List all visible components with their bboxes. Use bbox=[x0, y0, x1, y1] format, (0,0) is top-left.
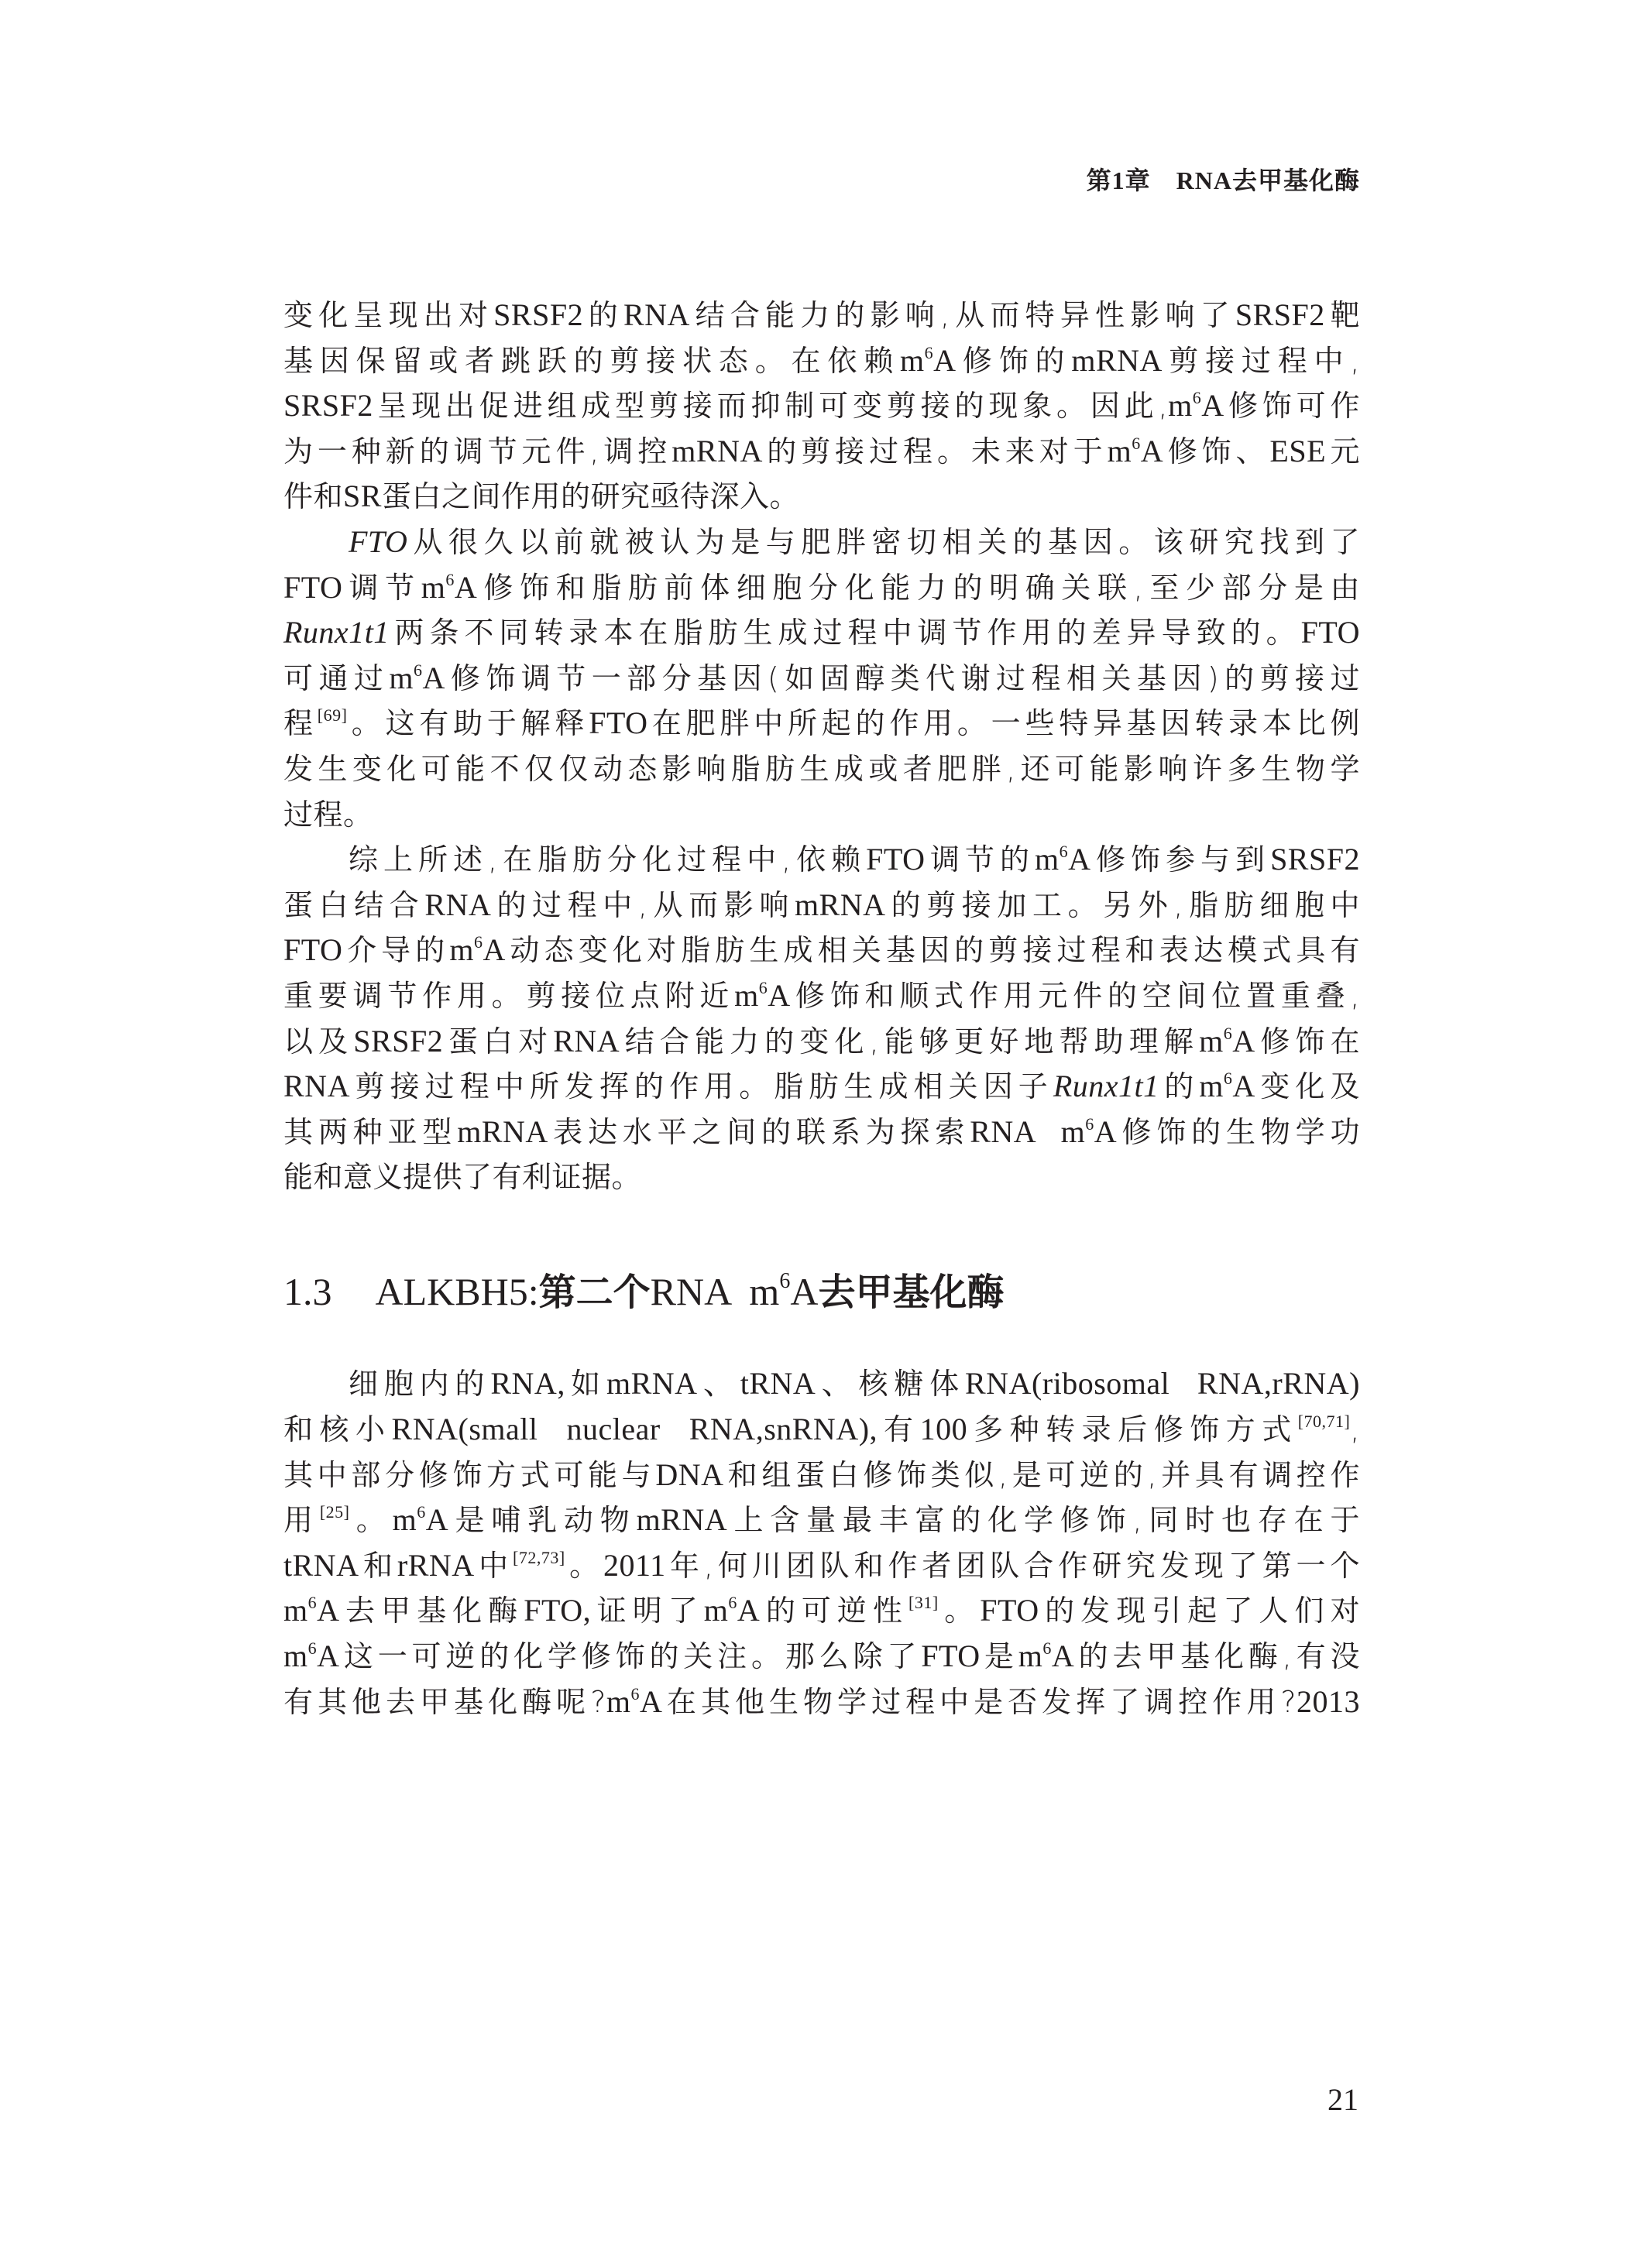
text-line: 和核小RNA(small nuclear RNA,snRNA),有100多种转录… bbox=[283, 1407, 1360, 1453]
text-line: 为一种新的调节元件,调控mRNA的剪接过程。未来对于m6A修饰、ESE元 bbox=[283, 429, 1360, 475]
page-number: 21 bbox=[1327, 2081, 1358, 2118]
text-line: FTO从很久以前就被认为是与肥胖密切相关的基因。该研究找到了 bbox=[283, 520, 1360, 565]
text-line: 蛋白结合RNA的过程中,从而影响mRNA的剪接加工。另外,脂肪细胞中 bbox=[283, 883, 1360, 928]
gene-name: FTO bbox=[349, 524, 407, 559]
text-line: 重要调节作用。剪接位点附近m6A修饰和顺式作用元件的空间位置重叠, bbox=[283, 973, 1360, 1019]
body-text: 变化呈现出对SRSF2的RNA结合能力的影响,从而特异性影响了SRSF2靶 基因… bbox=[283, 293, 1360, 1724]
paragraph-2: FTO从很久以前就被认为是与肥胖密切相关的基因。该研究找到了 FTO调节m6A修… bbox=[283, 520, 1360, 837]
text-line: m6A这一可逆的化学修饰的关注。那么除了FTO是m6A的去甲基化酶,有没 bbox=[283, 1634, 1360, 1680]
citation: [31] bbox=[908, 1593, 939, 1612]
text-line: 以及SRSF2蛋白对RNA结合能力的变化,能够更好地帮助理解m6A修饰在 bbox=[283, 1019, 1360, 1065]
text-line: 可通过m6A修饰调节一部分基因(如固醇类代谢过程相关基因)的剪接过 bbox=[283, 656, 1360, 702]
citation: [72,73] bbox=[513, 1548, 565, 1567]
gene-name: Runx1t1 bbox=[1053, 1069, 1159, 1103]
text-line: 过程。 bbox=[283, 792, 1360, 838]
text-line: Runx1t1两条不同转录本在脂肪生成过程中调节作用的差异导致的。FTO bbox=[283, 610, 1360, 656]
text-line: SRSF2呈现出促进组成型剪接而抑制可变剪接的现象。因此,m6A修饰可作 bbox=[283, 383, 1360, 429]
text-line: 程[69]。这有助于解释FTO在肥胖中所起的作用。一些特异基因转录本比例 bbox=[283, 701, 1360, 746]
text-line: 用[25]。m6A是哺乳动物mRNA上含量最丰富的化学修饰,同时也存在于 bbox=[283, 1498, 1360, 1543]
text-line: tRNA和rRNA中[72,73]。2011年,何川团队和作者团队合作研究发现了… bbox=[283, 1543, 1360, 1589]
paragraph-3: 综上所述,在脂肪分化过程中,依赖FTO调节的m6A修饰参与到SRSF2 蛋白结合… bbox=[283, 837, 1360, 1200]
paragraph-4: 细胞内的RNA,如mRNA、tRNA、核糖体RNA(ribosomal RNA,… bbox=[283, 1361, 1360, 1724]
text-line: 其中部分修饰方式可能与DNA和组蛋白修饰类似,是可逆的,并具有调控作 bbox=[283, 1453, 1360, 1498]
text-line: RNA剪接过程中所发挥的作用。脂肪生成相关因子Runx1t1的m6A变化及 bbox=[283, 1064, 1360, 1110]
text-line: 有其他去甲基化酶呢?m6A在其他生物学过程中是否发挥了调控作用?2013 bbox=[283, 1680, 1360, 1725]
paragraph-1: 变化呈现出对SRSF2的RNA结合能力的影响,从而特异性影响了SRSF2靶 基因… bbox=[283, 293, 1360, 520]
text-line: 能和意义提供了有利证据。 bbox=[283, 1155, 1360, 1200]
section-heading: 1.3ALKBH5:第二个RNA m6A去甲基化酶 bbox=[283, 1245, 1360, 1338]
citation: [25] bbox=[320, 1502, 350, 1522]
text-line: m6A去甲基化酶FTO,证明了m6A的可逆性[31]。FTO的发现引起了人们对 bbox=[283, 1588, 1360, 1634]
running-head: 第1章 RNA去甲基化酶 bbox=[1087, 161, 1360, 197]
text-line: 变化呈现出对SRSF2的RNA结合能力的影响,从而特异性影响了SRSF2靶 bbox=[283, 293, 1360, 338]
citation: [70,71] bbox=[1298, 1412, 1351, 1431]
text-line: 发生变化可能不仅仅动态影响脂肪生成或者肥胖,还可能影响许多生物学 bbox=[283, 746, 1360, 792]
text-line: 综上所述,在脂肪分化过程中,依赖FTO调节的m6A修饰参与到SRSF2 bbox=[283, 837, 1360, 883]
citation: [69] bbox=[318, 705, 348, 725]
spacer bbox=[283, 1200, 1360, 1246]
text-line: 基因保留或者跳跃的剪接状态。在依赖m6A修饰的mRNA剪接过程中, bbox=[283, 338, 1360, 384]
text-line: FTO调节m6A修饰和脂肪前体细胞分化能力的明确关联,至少部分是由 bbox=[283, 565, 1360, 611]
text-line: 其两种亚型mRNA表达水平之间的联系为探索RNA m6A修饰的生物学功 bbox=[283, 1110, 1360, 1155]
section-number: 1.3 bbox=[283, 1270, 332, 1313]
spacer bbox=[283, 1338, 1360, 1361]
text-line: 件和SR蛋白之间作用的研究亟待深入。 bbox=[283, 474, 1360, 520]
gene-name: Runx1t1 bbox=[283, 615, 390, 650]
text-line: FTO介导的m6A动态变化对脂肪生成相关基因的剪接过程和表达模式具有 bbox=[283, 928, 1360, 973]
text-line: 细胞内的RNA,如mRNA、tRNA、核糖体RNA(ribosomal RNA,… bbox=[283, 1361, 1360, 1407]
